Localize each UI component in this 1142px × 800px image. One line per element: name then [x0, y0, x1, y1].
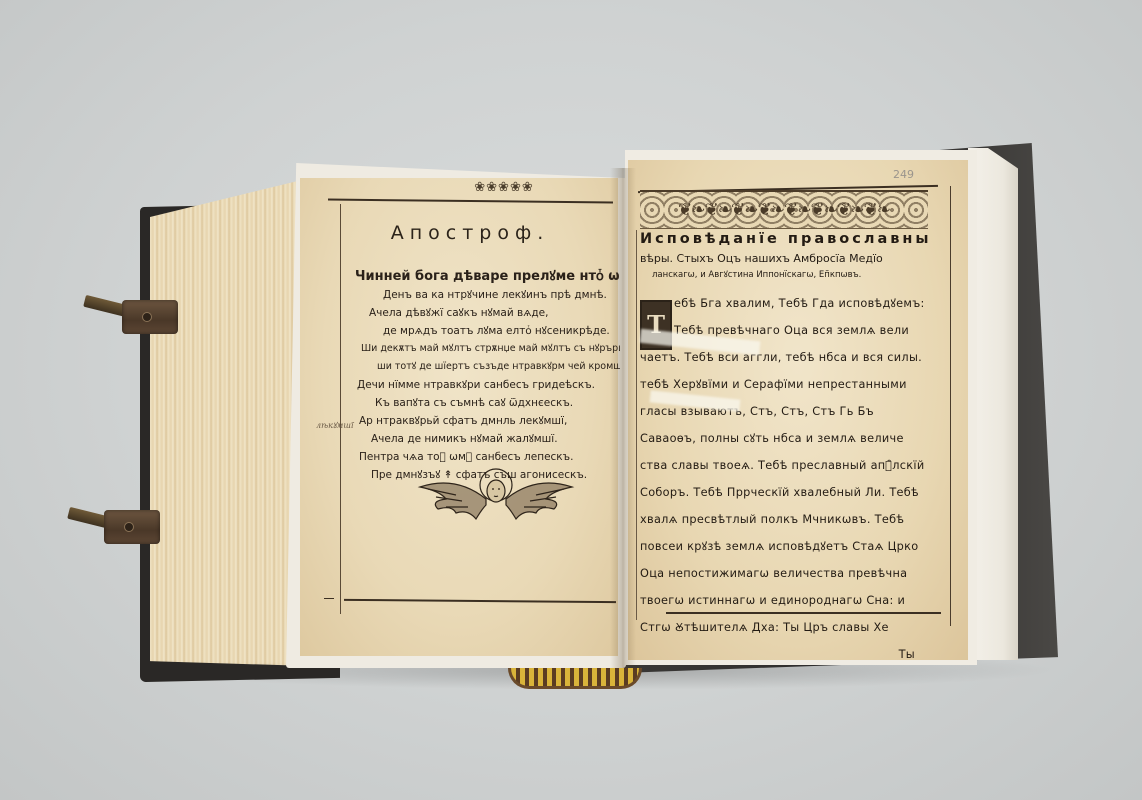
body-line: твоегѡ истиннагѡ и единороднагѡ Сна: и	[640, 587, 935, 614]
spine-headband	[508, 668, 642, 689]
clasp-rivet	[124, 522, 134, 532]
clasp-rivet	[142, 312, 152, 322]
left-frame-vertical	[340, 204, 341, 614]
book-gutter	[610, 168, 636, 668]
body-line: хвалѧ пресвѣтлый полкъ Мчникѡвъ. Тебѣ	[640, 506, 935, 533]
left-headpiece-ornament: ❀❀❀❀❀	[434, 180, 574, 194]
left-page-edge-stack	[150, 178, 310, 666]
verse-line: Ачела де нимикъ нꙋмай жалꙋмшї.	[355, 430, 620, 448]
body-line: Саваоѳъ, полны сꙋть нбса и землѧ величе	[640, 425, 935, 452]
verse-line: Дечи нїмме нтравкꙋри санбесъ гридеѣскъ.	[355, 376, 620, 394]
right-frame-left-vertical	[636, 230, 637, 620]
handwritten-margin-note: лѣкꙋмшї	[316, 420, 353, 431]
verse-line: Ар нтраквꙋрьй сфатъ дмнль лекꙋмшї,	[355, 412, 620, 430]
verse-line: Ши декѫтъ май мꙋлтъ стрѫнџе май мꙋлтъ съ…	[355, 340, 620, 358]
right-frame-vertical	[950, 186, 951, 626]
verse-line: Чинней бога дѣваре прелꙋме нтоⷮ ѡмꙋ.	[355, 268, 620, 286]
right-headpiece-band: ❦❧❦❧❦❧❦❧❦❧❦❧❦❧❦❧	[640, 190, 928, 229]
body-line: повсеи крꙋзѣ землѧ исповѣдꙋетъ Стаѧ Црко	[640, 533, 935, 560]
left-bottom-tick	[324, 598, 334, 599]
right-page-heading: Исповѣданїе православны	[640, 228, 935, 250]
folio-number: 249	[893, 168, 914, 181]
verse-line: Денъ ва ка нтрꙋчине лекꙋинъ прѣ дмнѣ.	[355, 286, 620, 304]
verse-line: Пентра чѧа тоⷮ ѡмꙋ санбесъ лепескъ.	[355, 448, 620, 466]
verse-line: Къ вапꙋта съ съмнѣ саꙋ ѿдхнєескъ.	[355, 394, 620, 412]
verse-line: Ачела дѣвꙋжї саꙋкъ нꙋмай вѧде,	[355, 304, 620, 322]
body-line: Оца непостижимагѡ величества превѣчна	[640, 560, 935, 587]
catchword: Ты	[640, 641, 935, 668]
body-line: чаетъ. Тебѣ вси аггли, тебѣ нбса и вся с…	[640, 344, 935, 371]
cherub-woodcut-icon	[416, 465, 576, 533]
left-page-verse: Чинней бога дѣваре прелꙋме нтоⷮ ѡмꙋ. Ден…	[355, 268, 620, 484]
verse-line: де мрѧдъ тоатъ лꙋма елтоⷮ нꙋсеникрѣде.	[355, 322, 620, 340]
body-line: ства славы твоеѧ. Тебѣ преславный апⷭ̑лс…	[640, 452, 935, 479]
body-line: Стгѡ Ꙋтѣшителѧ Дха: Ты Цръ славы Хе	[640, 614, 935, 641]
verse-line: ши тотꙋ де шїертъ съзъде нтравкꙋрм чей к…	[355, 358, 620, 376]
photo-scene: ❀❀❀❀❀ Апостроф. Чинней бога дѣваре прелꙋ…	[0, 0, 1142, 800]
left-page-title: Апостроф.	[330, 222, 610, 244]
body-line: Соборъ. Тебѣ Пррческїй хвалебный Ли. Теб…	[640, 479, 935, 506]
right-page-subheading-2: ланскагѡ, и Авгꙋстина Иппонїскагѡ, Еп̃кп…	[640, 268, 935, 282]
right-page-subheading-1: вѣры. Стыхъ Оцъ нашихъ Амбросїа Медїо	[640, 250, 935, 268]
right-page-text: Исповѣданїе православны вѣры. Стыхъ Оцъ …	[640, 228, 935, 668]
body-line: ебѣ Бга хвалим, Тебѣ Гда исповѣдꙋемъ:	[640, 290, 935, 317]
